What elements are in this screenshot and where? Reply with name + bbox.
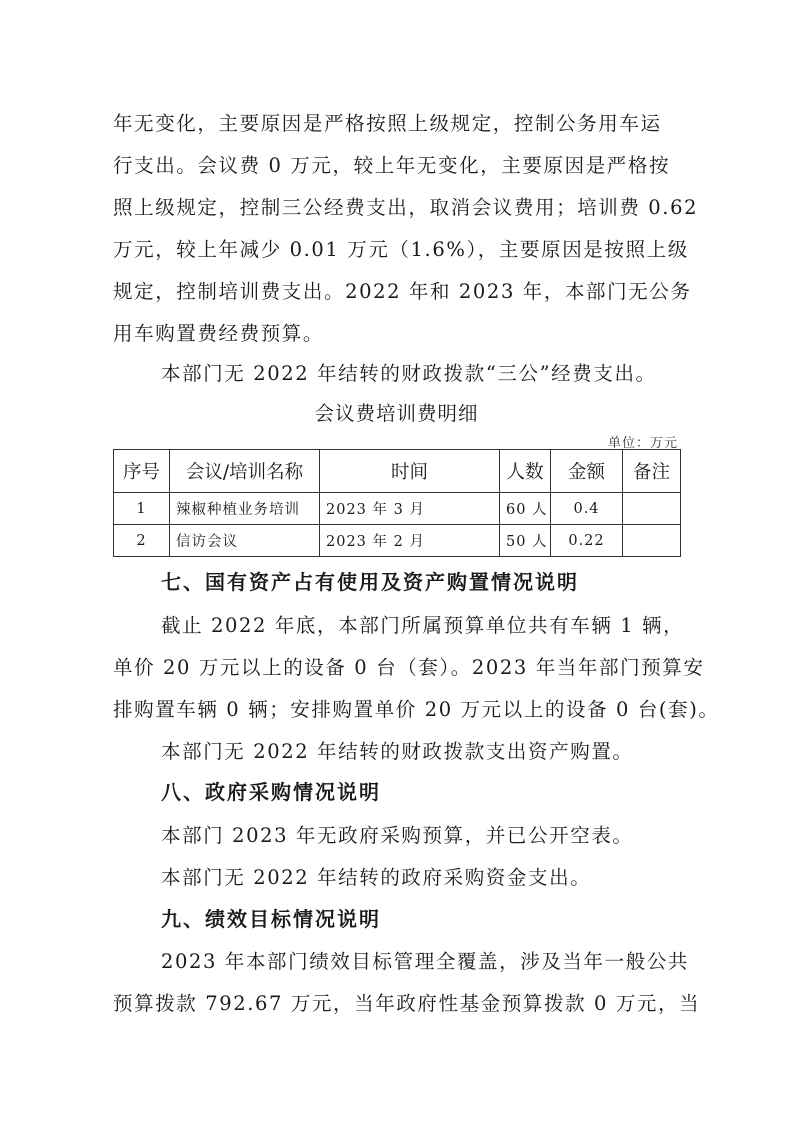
table-header-row: 序号 会议/培训名称 时间 人数 金额 备注 — [114, 450, 681, 493]
cell-name: 辣椒种植业务培训 — [170, 493, 320, 525]
cell-index: 1 — [114, 493, 170, 525]
body-text-line: 用车购置费经费预算。 — [113, 318, 324, 346]
cell-count: 60 人 — [500, 493, 551, 525]
header-index: 序号 — [114, 450, 170, 493]
body-text-line: 照上级规定，控制三公经费支出，取消会议费用；培训费 0.62 — [113, 192, 698, 220]
header-time: 时间 — [320, 450, 500, 493]
cell-time: 2023 年 2 月 — [320, 525, 500, 557]
cell-name: 信访会议 — [170, 525, 320, 557]
cell-remarks — [623, 493, 681, 525]
body-text-line: 年无变化，主要原因是严格按照上级规定，控制公务用车运 — [113, 108, 662, 136]
body-text-line: 单价 20 万元以上的设备 0 台（套）。2023 年当年部门预算安 — [113, 652, 705, 680]
header-remarks: 备注 — [623, 450, 681, 493]
cell-index: 2 — [114, 525, 170, 557]
body-text-line: 2023 年本部门绩效目标管理全覆盖，涉及当年一般公共 — [161, 946, 689, 974]
section-heading-performance: 九、绩效目标情况说明 — [161, 903, 381, 932]
header-amount: 金额 — [551, 450, 623, 493]
body-text-line: 预算拨款 792.67 万元，当年政府性基金预算拨款 0 万元，当 — [113, 988, 700, 1016]
body-text-line: 截止 2022 年底，本部门所属预算单位共有车辆 1 辆， — [161, 610, 684, 638]
cell-amount: 0.22 — [551, 525, 623, 557]
cell-count: 50 人 — [500, 525, 551, 557]
cell-remarks — [623, 525, 681, 557]
body-text-line: 规定，控制培训费支出。2022 年和 2023 年，本部门无公务 — [113, 276, 692, 304]
body-text-line: 本部门无 2022 年结转的政府采购资金支出。 — [161, 862, 591, 890]
cell-amount: 0.4 — [551, 493, 623, 525]
header-name: 会议/培训名称 — [170, 450, 320, 493]
cell-time: 2023 年 3 月 — [320, 493, 500, 525]
table-title: 会议费培训费明细 — [0, 398, 793, 426]
body-text-line: 排购置车辆 0 辆；安排购置单价 20 万元以上的设备 0 台(套)。 — [113, 694, 720, 722]
header-count: 人数 — [500, 450, 551, 493]
meeting-training-expense-table: 序号 会议/培训名称 时间 人数 金额 备注 1 辣椒种植业务培训 2023 年… — [113, 449, 681, 557]
section-heading-assets: 七、国有资产占有使用及资产购置情况说明 — [161, 566, 579, 595]
section-heading-procurement: 八、政府采购情况说明 — [161, 776, 381, 805]
body-text-line: 本部门 2023 年无政府采购预算，并已公开空表。 — [161, 820, 634, 848]
table-row: 2 信访会议 2023 年 2 月 50 人 0.22 — [114, 525, 681, 557]
three-public-expense-note: 本部门无 2022 年结转的财政拨款“三公”经费支出。 — [161, 358, 657, 386]
body-text-line: 本部门无 2022 年结转的财政拨款支出资产购置。 — [161, 736, 634, 764]
body-text-line: 万元，较上年减少 0.01 万元（1.6%），主要原因是按照上级 — [113, 234, 689, 262]
body-text-line: 行支出。会议费 0 万元，较上年无变化，主要原因是严格按 — [113, 150, 670, 178]
table-row: 1 辣椒种植业务培训 2023 年 3 月 60 人 0.4 — [114, 493, 681, 525]
